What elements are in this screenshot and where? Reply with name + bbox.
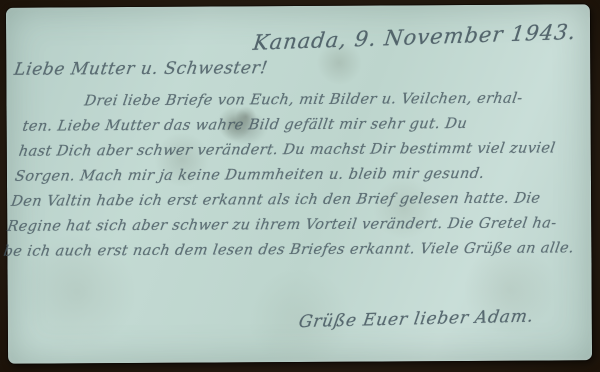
postcard-body: Drei liebe Briefe von Euch, mit Bilder u…: [2, 86, 597, 265]
body-line: Den Valtin habe ich erst erkannt als ich…: [9, 186, 581, 214]
postcard: Kanada, 9. November 1943. Liebe Mutter u…: [6, 4, 592, 364]
postcard-salutation: Liebe Mutter u. Schwester!: [13, 58, 269, 80]
postcard-signature: Grüße Euer lieber Adam.: [297, 306, 535, 332]
body-line: hast Dich aber schwer verändert. Du mach…: [17, 136, 589, 164]
body-line: Regine hat sich aber schwer zu ihrem Vor…: [5, 211, 577, 239]
body-line: Sorgen. Mach mir ja keine Dummheiten u. …: [13, 161, 585, 189]
photo-backdrop: Kanada, 9. November 1943. Liebe Mutter u…: [0, 0, 600, 372]
body-line: ten. Liebe Mutter das wahre Bild gefällt…: [21, 111, 593, 139]
body-line: Drei liebe Briefe von Euch, mit Bilder u…: [24, 86, 596, 114]
postcard-dateline: Kanada, 9. November 1943.: [251, 20, 577, 55]
body-line: be ich auch erst nach dem lesen des Brie…: [2, 236, 574, 264]
